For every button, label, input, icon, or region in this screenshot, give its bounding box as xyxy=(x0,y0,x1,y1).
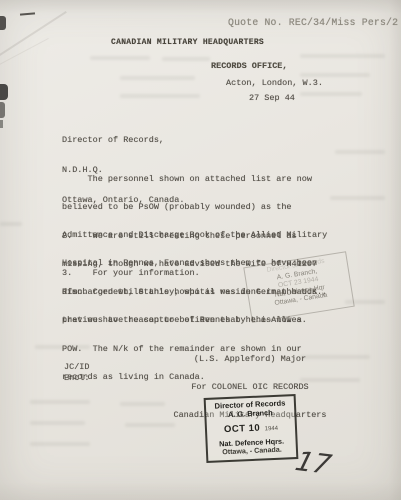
paragraph-1-line: believed to be PsOW (probably wounded) a… xyxy=(62,203,327,212)
paragraph-3: 3. For your information. xyxy=(62,269,200,278)
signatory-for: For COLONEL OIC RECORDS xyxy=(150,383,350,392)
scan-edge-artifact xyxy=(0,16,6,30)
letter-date: 27 Sep 44 xyxy=(249,93,295,103)
recipient-line: Director of Records, xyxy=(62,135,184,145)
signatory-name: (L.S. Appleford) Major xyxy=(150,355,350,364)
office-address: Acton, London, W.3. xyxy=(226,78,323,88)
bleed-through xyxy=(335,150,385,154)
pen-dash-mark xyxy=(20,12,35,15)
bleed-through xyxy=(120,94,200,98)
organization-title: CANADIAN MILITARY HEADQUARTERS xyxy=(111,38,264,47)
received-stamp-date-day: OCT 10 xyxy=(224,423,261,436)
bleed-through xyxy=(300,92,362,96)
bleed-through xyxy=(330,196,385,200)
bleed-through xyxy=(120,76,195,80)
handwritten-page-number: 17 xyxy=(292,446,334,480)
paragraph-1-line: The personnel shown on attached list are… xyxy=(62,175,327,184)
bleed-through xyxy=(0,222,22,226)
bleed-through xyxy=(300,54,385,58)
received-stamp: Director of Records A. G. Branch OCT 10 … xyxy=(204,394,299,463)
bleed-through xyxy=(30,442,90,446)
office-name: RECORDS OFFICE, xyxy=(211,61,288,71)
bleed-through xyxy=(300,73,370,77)
received-stamp-date-year: 1944 xyxy=(265,426,279,433)
scan-edge-artifact xyxy=(0,84,8,100)
scan-edge-artifact xyxy=(0,102,5,118)
enclosure-note: Encl: xyxy=(64,373,90,383)
received-stamp-date: OCT 10 1944 xyxy=(209,420,293,437)
paragraph-2-line: that we have reason to believe that he i… xyxy=(62,316,327,325)
scan-edge-artifact xyxy=(0,120,3,128)
bleed-through xyxy=(162,57,210,61)
bleed-through xyxy=(90,56,150,60)
paper-crease xyxy=(0,11,67,59)
bleed-through xyxy=(30,421,85,425)
paragraph-2-line: 2. We are still treating these personnel… xyxy=(62,232,327,241)
paper-crease xyxy=(0,38,49,67)
typist-initials: JC/ID xyxy=(64,362,90,372)
scanned-letter-page: Quote No. REC/34/Miss Pers/2 CANADIAN MI… xyxy=(0,0,401,500)
quote-number: Quote No. REC/34/Miss Pers/2 xyxy=(228,17,398,28)
